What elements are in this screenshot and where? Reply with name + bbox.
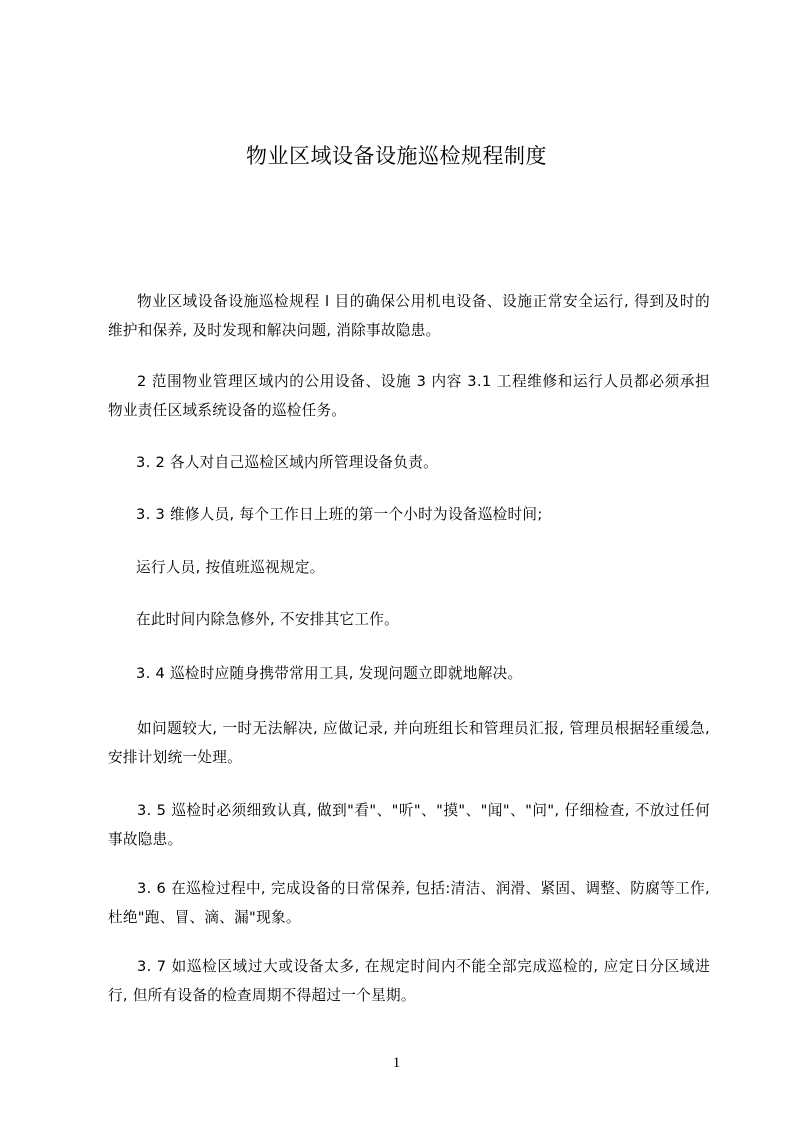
paragraph-3-5: 3. 5 巡检时必须细致认真, 做到"看"、"听"、"摸"、"闻"、"问", 仔…	[108, 796, 710, 854]
document-page: 物业区域设备设施巡检规程制度 物业区域设备设施巡检规程 l 目的确保公用机电设备…	[0, 0, 793, 1122]
paragraph-scope-content: 2 范围物业管理区域内的公用设备、设施 3 内容 3.1 工程维修和运行人员都必…	[108, 367, 710, 425]
paragraph-no-other-work: 在此时间内除急修外, 不安排其它工作。	[136, 605, 716, 634]
paragraph-operators: 运行人员, 按值班巡视规定。	[136, 553, 716, 582]
paragraph-3-2: 3. 2 各人对自己巡检区域内所管理设备负责。	[136, 448, 716, 477]
paragraph-purpose: 物业区域设备设施巡检规程 l 目的确保公用机电设备、设施正常安全运行, 得到及时…	[108, 287, 710, 345]
document-title: 物业区域设备设施巡检规程制度	[0, 141, 793, 171]
paragraph-3-7: 3. 7 如巡检区域过大或设备太多, 在规定时间内不能全部完成巡检的, 应定日分…	[108, 952, 710, 1010]
paragraph-large-problems: 如问题较大, 一时无法解决, 应做记录, 并向班组长和管理员汇报, 管理员根据轻…	[108, 714, 710, 772]
paragraph-3-3: 3. 3 维修人员, 每个工作日上班的第一个小时为设备巡检时间;	[136, 500, 716, 529]
page-number: 1	[0, 1055, 793, 1072]
paragraph-3-4: 3. 4 巡检时应随身携带常用工具, 发现问题立即就地解决。	[136, 659, 716, 688]
paragraph-3-6: 3. 6 在巡检过程中, 完成设备的日常保养, 包括:清洁、润滑、紧固、调整、防…	[108, 874, 710, 932]
